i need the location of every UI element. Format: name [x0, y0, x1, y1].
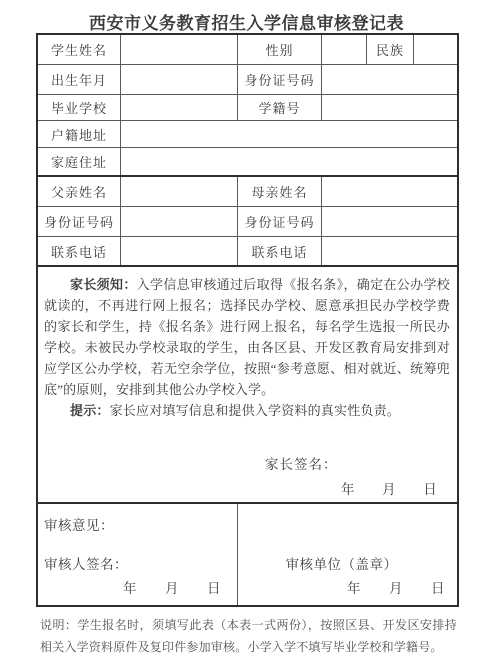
input-father-name[interactable]	[121, 177, 238, 206]
row-student-name: 学生姓名 性别 民族	[38, 35, 457, 65]
label-ethnicity: 民族	[367, 35, 414, 64]
tip-heading: 提示：	[70, 403, 110, 418]
parent-notice-body: 入学信息审核通过后取得《报名条》，确定在公办学校就读的，不再进行网上报名；选择民…	[44, 277, 450, 397]
row-household-address: 户籍地址	[38, 121, 457, 148]
review-unit-date[interactable]: 年 月 日	[238, 577, 445, 597]
input-gender[interactable]	[322, 35, 367, 64]
input-student-name[interactable]	[121, 35, 238, 64]
label-birth-date: 出生年月	[38, 65, 121, 94]
form-table: 学生姓名 性别 民族 出生年月 身份证号码 毕业学校 学籍号 户籍地址	[36, 33, 459, 607]
input-student-register-no[interactable]	[322, 95, 457, 120]
label-gender: 性别	[238, 35, 322, 64]
row-graduation-school: 毕业学校 学籍号	[38, 95, 457, 121]
review-opinion-label[interactable]: 审核意见：	[44, 514, 229, 534]
tip-body: 家长应对填写信息和提供入学资料的真实性负责。	[110, 403, 400, 418]
input-household-address[interactable]	[121, 121, 457, 147]
input-mother-id-number[interactable]	[322, 207, 457, 236]
review-opinion-cell: 审核意见： 审核人签名： 年 月 日	[38, 504, 238, 605]
footer-note: 说明：学生报名时，须填写此表（本表一式两份），按照区县、开发区安排持相关入学资料…	[40, 614, 457, 658]
tip-paragraph: 提示：家长应对填写信息和提供入学资料的真实性负责。	[44, 400, 450, 421]
row-birth-date: 出生年月 身份证号码	[38, 65, 457, 95]
label-father-phone: 联系电话	[38, 237, 121, 265]
review-unit-seal-label[interactable]: 审核单位（盖章）	[238, 553, 445, 573]
input-student-id-number[interactable]	[322, 65, 457, 94]
row-parent-names: 父亲姓名 母亲姓名	[38, 177, 457, 207]
label-graduation-school: 毕业学校	[38, 95, 121, 120]
label-student-name: 学生姓名	[38, 35, 121, 64]
parent-notice-paragraph: 家长须知：入学信息审核通过后取得《报名条》，确定在公办学校就读的，不再进行网上报…	[44, 274, 450, 400]
row-parent-notice: 家长须知：入学信息审核通过后取得《报名条》，确定在公办学校就读的，不再进行网上报…	[38, 267, 457, 504]
label-home-address: 家庭住址	[38, 148, 121, 175]
label-mother-id-number: 身份证号码	[238, 207, 322, 236]
reviewer-signature-label[interactable]: 审核人签名：	[44, 553, 229, 573]
parent-signature-date[interactable]: 年 月 日	[44, 479, 450, 500]
label-student-id-number: 身份证号码	[238, 65, 322, 94]
label-student-register-no: 学籍号	[238, 95, 322, 120]
input-mother-phone[interactable]	[322, 237, 457, 265]
input-birth-date[interactable]	[121, 65, 238, 94]
label-father-id-number: 身份证号码	[38, 207, 121, 236]
label-mother-name: 母亲姓名	[238, 177, 322, 206]
row-parent-phones: 联系电话 联系电话	[38, 237, 457, 267]
form-title: 西安市义务教育招生入学信息审核登记表	[0, 9, 493, 34]
input-graduation-school[interactable]	[121, 95, 238, 120]
reviewer-signature-date[interactable]: 年 月 日	[44, 577, 229, 597]
parent-signature-label[interactable]: 家长签名：	[44, 454, 450, 475]
label-household-address: 户籍地址	[38, 121, 121, 147]
input-mother-name[interactable]	[322, 177, 457, 206]
input-ethnicity[interactable]	[414, 35, 457, 64]
parent-notice-cell: 家长须知：入学信息审核通过后取得《报名条》，确定在公办学校就读的，不再进行网上报…	[38, 267, 457, 502]
registration-form-page: 西安市义务教育招生入学信息审核登记表 学生姓名 性别 民族 出生年月 身份证号码…	[0, 0, 493, 667]
label-father-name: 父亲姓名	[38, 177, 121, 206]
row-review: 审核意见： 审核人签名： 年 月 日 审核单位（盖章） 年 月 日	[38, 504, 457, 605]
review-unit-cell: 审核单位（盖章） 年 月 日	[238, 504, 457, 605]
input-home-address[interactable]	[121, 148, 457, 175]
input-father-id-number[interactable]	[121, 207, 238, 236]
input-father-phone[interactable]	[121, 237, 238, 265]
row-home-address: 家庭住址	[38, 148, 457, 177]
parent-notice-heading: 家长须知：	[70, 277, 137, 292]
label-mother-phone: 联系电话	[238, 237, 322, 265]
row-parent-id-numbers: 身份证号码 身份证号码	[38, 207, 457, 237]
review-opinion-space	[44, 534, 229, 553]
